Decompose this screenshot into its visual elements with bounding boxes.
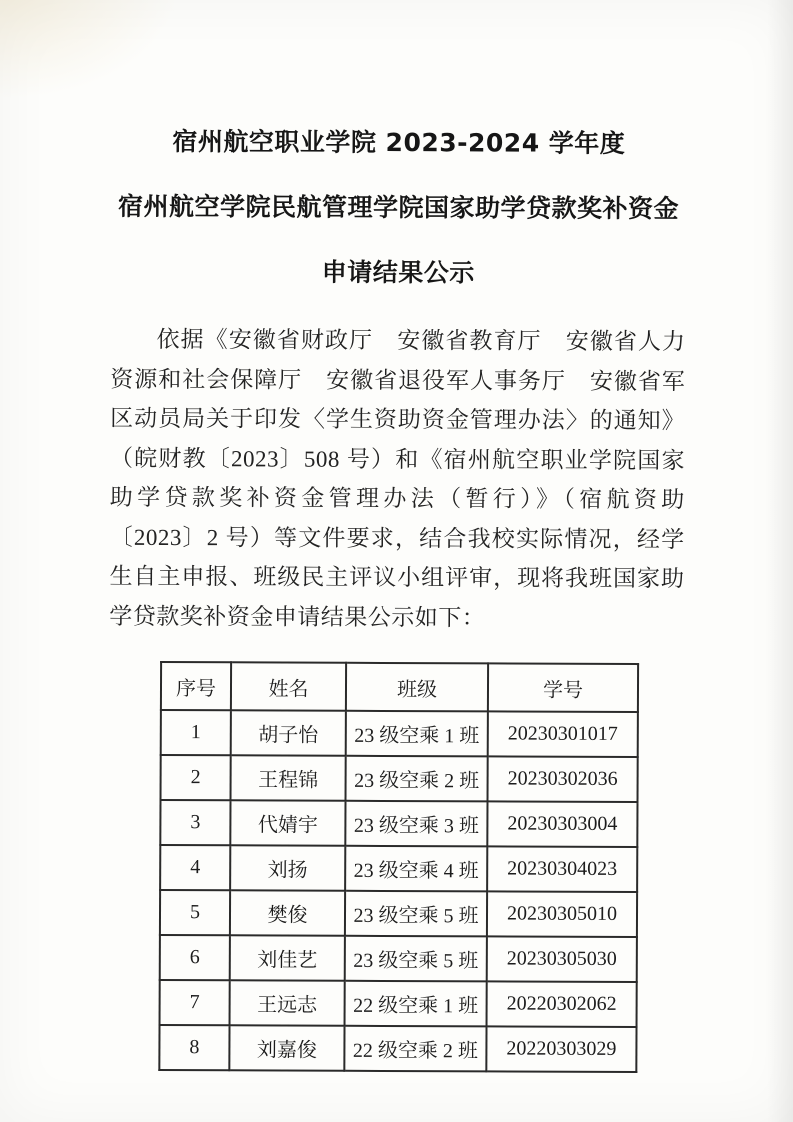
cell-index: 2 [161, 755, 231, 800]
cell-index: 4 [160, 845, 230, 890]
cell-class-name: 23 级空乘 5 班 [345, 891, 487, 937]
table-row: 7王远志22 级空乘 1 班20220302062 [160, 980, 637, 1027]
results-table-header: 序号 姓名 班级 学号 [161, 662, 638, 712]
cell-student-id: 20230304023 [487, 846, 637, 892]
scanned-document-page: 宿州航空职业学院 2023-2024 学年度 宿州航空学院民航管理学院国家助学贷… [0, 0, 793, 1122]
cell-class-name: 22 级空乘 1 班 [345, 981, 487, 1027]
cell-student-id: 20230303004 [487, 801, 637, 847]
header-index: 序号 [161, 662, 231, 710]
cell-class-name: 23 级空乘 5 班 [345, 936, 487, 982]
cell-class-name: 23 级空乘 4 班 [345, 846, 487, 892]
results-table: 序号 姓名 班级 学号 1胡子怡23 级空乘 1 班202303010172王程… [158, 661, 639, 1073]
table-row: 1胡子怡23 级空乘 1 班20230301017 [161, 710, 638, 757]
cell-student-id: 20220302062 [487, 981, 637, 1027]
cell-class-name: 22 级空乘 2 班 [344, 1026, 486, 1072]
cell-class-name: 23 级空乘 2 班 [346, 756, 488, 802]
header-class: 班级 [346, 663, 488, 712]
announcement-paragraph: 依据《安徽省财政厅 安徽省教育厅 安徽省人力资源和社会保障厅 安徽省退役军人事务… [109, 320, 685, 639]
cell-student-id: 20220303029 [486, 1026, 636, 1072]
table-row: 4刘扬23 级空乘 4 班20230304023 [160, 845, 637, 892]
cell-student-name: 胡子怡 [231, 710, 346, 756]
cell-class-name: 23 级空乘 3 班 [345, 801, 487, 847]
cell-student-id: 20230301017 [488, 711, 638, 757]
results-table-body: 1胡子怡23 级空乘 1 班202303010172王程锦23 级空乘 2 班2… [159, 710, 638, 1072]
title-line-1: 宿州航空职业学院 2023-2024 学年度 [111, 125, 686, 162]
cell-index: 1 [161, 710, 231, 755]
cell-class-name: 23 级空乘 1 班 [346, 711, 488, 757]
cell-student-name: 王程锦 [231, 755, 346, 801]
document-content: 宿州航空职业学院 2023-2024 学年度 宿州航空学院民航管理学院国家助学贷… [0, 0, 793, 1074]
cell-index: 7 [160, 980, 230, 1025]
cell-student-name: 王远志 [230, 980, 345, 1026]
cell-student-id: 20230302036 [488, 756, 638, 802]
cell-student-name: 樊俊 [230, 890, 345, 936]
cell-index: 3 [160, 800, 230, 845]
header-row: 序号 姓名 班级 学号 [161, 662, 638, 712]
cell-student-name: 刘佳艺 [230, 935, 345, 981]
cell-index: 6 [160, 935, 230, 980]
cell-student-id: 20230305030 [487, 936, 637, 982]
cell-student-name: 刘扬 [230, 845, 345, 891]
cell-student-name: 刘嘉俊 [229, 1025, 344, 1071]
header-name: 姓名 [231, 662, 346, 711]
table-row: 6刘佳艺23 级空乘 5 班20230305030 [160, 935, 637, 982]
cell-student-id: 20230305010 [487, 891, 637, 937]
table-row: 3代婧宇23 级空乘 3 班20230303004 [160, 800, 637, 847]
cell-index: 5 [160, 890, 230, 935]
header-student-id: 学号 [488, 663, 638, 712]
table-row: 2王程锦23 级空乘 2 班20230302036 [161, 755, 638, 802]
cell-student-name: 代婧宇 [230, 800, 345, 846]
table-row: 8刘嘉俊22 级空乘 2 班20220303029 [159, 1025, 636, 1072]
cell-index: 8 [159, 1025, 229, 1070]
title-line-2: 宿州航空学院民航管理学院国家助学贷款奖补资金 [111, 190, 686, 227]
title-line-3: 申请结果公示 [111, 255, 686, 292]
table-row: 5樊俊23 级空乘 5 班20230305010 [160, 890, 637, 937]
document-title-block: 宿州航空职业学院 2023-2024 学年度 宿州航空学院民航管理学院国家助学贷… [111, 125, 687, 292]
